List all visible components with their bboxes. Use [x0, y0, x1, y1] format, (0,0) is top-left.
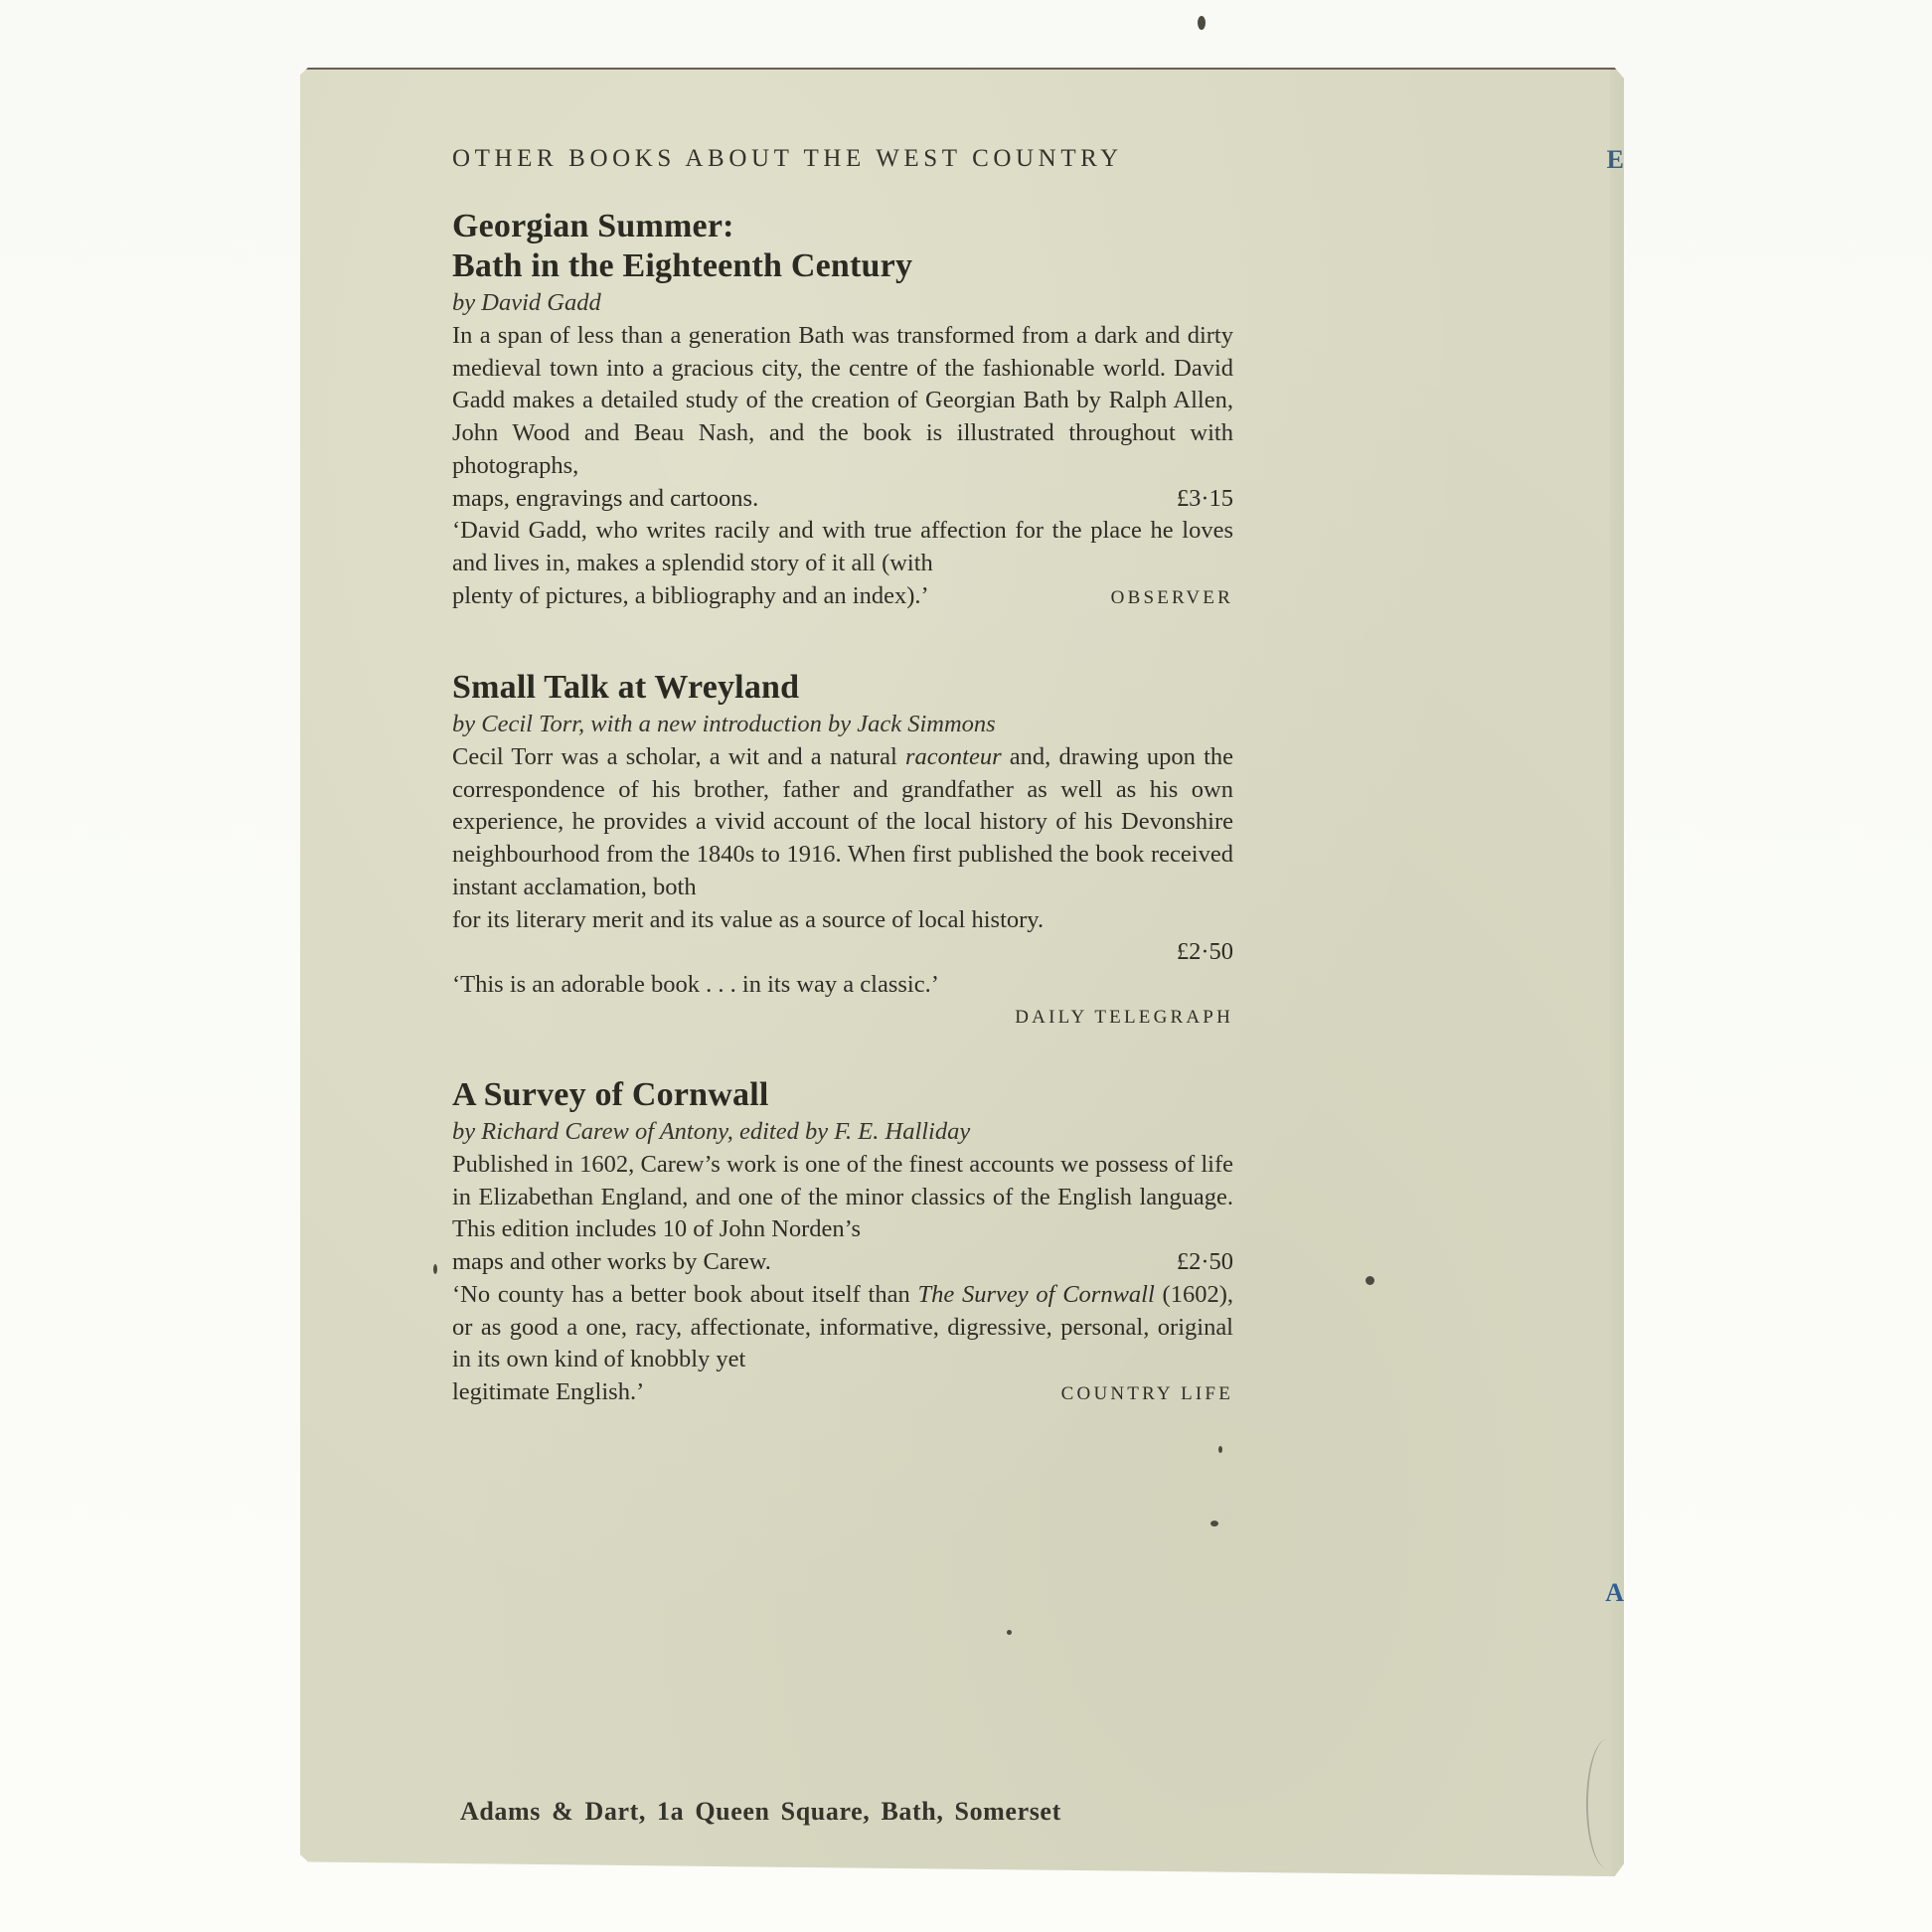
- review-source: COUNTRY LIFE: [1061, 1378, 1233, 1411]
- book-description: Cecil Torr was a scholar, a wit and a na…: [452, 741, 1233, 904]
- dust-speck: [1366, 1276, 1374, 1285]
- book-title-line: Bath in the Eighteenth Century: [452, 246, 1233, 286]
- photo-background: E A OTHER BOOKS ABOUT THE WEST COUNTRY G…: [0, 0, 1932, 1932]
- dust-speck: [1218, 1446, 1222, 1453]
- publisher-imprint: Adams & Dart, 1a Queen Square, Bath, Som…: [460, 1797, 1061, 1827]
- book-byline: by Richard Carew of Antony, edited by F.…: [452, 1115, 1233, 1149]
- dust-speck: [433, 1264, 437, 1274]
- review-source: DAILY TELEGRAPH: [1015, 1007, 1233, 1028]
- review-quote-last-line: legitimate English.’: [452, 1376, 644, 1409]
- dust-speck: [1210, 1521, 1218, 1527]
- book-description-last-line: maps, engravings and cartoons.: [452, 483, 758, 516]
- section-header: OTHER BOOKS ABOUT THE WEST COUNTRY: [452, 145, 1123, 173]
- book-price: £2·50: [452, 936, 1233, 969]
- book-title: Small Talk at Wreyland: [452, 668, 1233, 708]
- book-byline: by David Gadd: [452, 286, 1233, 320]
- description-italic: raconteur: [905, 743, 1002, 770]
- description-text: Cecil Torr was a scholar, a wit and a na…: [452, 743, 905, 770]
- review-quote-end: plenty of pictures, a bibliography and a…: [452, 580, 1233, 615]
- price-line: maps, engravings and cartoons. £3·15: [452, 483, 1233, 516]
- review-quote: ‘David Gadd, who writes racily and with …: [452, 515, 1233, 579]
- review-quote: ‘No county has a better book about itsel…: [452, 1279, 1233, 1376]
- dust-speck: [1007, 1630, 1012, 1635]
- review-quote: ‘This is an adorable book . . . in its w…: [452, 969, 1233, 1002]
- spine-emblem-arc: [1586, 1739, 1628, 1868]
- review-quote-last-line: plenty of pictures, a bibliography and a…: [452, 580, 929, 613]
- book-entry-small-talk-at-wreyland: Small Talk at Wreyland by Cecil Torr, wi…: [452, 668, 1233, 1035]
- review-source: OBSERVER: [1111, 582, 1233, 615]
- book-title-line: A Survey of Cornwall: [452, 1075, 1233, 1115]
- book-title: Georgian Summer: Bath in the Eighteenth …: [452, 207, 1233, 286]
- book-description: In a span of less than a generation Bath…: [452, 320, 1233, 483]
- book-title: A Survey of Cornwall: [452, 1075, 1233, 1115]
- review-source-row: DAILY TELEGRAPH: [452, 1002, 1233, 1035]
- quote-text: ‘No county has a better book about itsel…: [452, 1281, 917, 1308]
- book-title-line: Georgian Summer:: [452, 207, 1233, 246]
- quote-italic: The Survey of Cornwall: [917, 1281, 1154, 1308]
- book-description-last-line: maps and other works by Carew.: [452, 1246, 771, 1279]
- price-line: maps and other works by Carew. £2·50: [452, 1246, 1233, 1279]
- spine-letter-top: E: [1607, 145, 1624, 175]
- book-entry-georgian-summer: Georgian Summer: Bath in the Eighteenth …: [452, 207, 1233, 614]
- book-entry-survey-of-cornwall: A Survey of Cornwall by Richard Carew of…: [452, 1075, 1233, 1411]
- book-description: Published in 1602, Carew’s work is one o…: [452, 1149, 1233, 1246]
- spine-letter-bottom: A: [1605, 1578, 1624, 1608]
- book-price: £3·15: [1177, 483, 1233, 516]
- book-title-line: Small Talk at Wreyland: [452, 668, 1233, 708]
- book-description-last-line: for its literary merit and its value as …: [452, 904, 1233, 937]
- book-byline: by Cecil Torr, with a new introduction b…: [452, 708, 1233, 741]
- dust-speck: [1198, 16, 1206, 30]
- review-quote-end: legitimate English.’ COUNTRY LIFE: [452, 1376, 1233, 1411]
- book-price: £2·50: [1177, 1246, 1233, 1279]
